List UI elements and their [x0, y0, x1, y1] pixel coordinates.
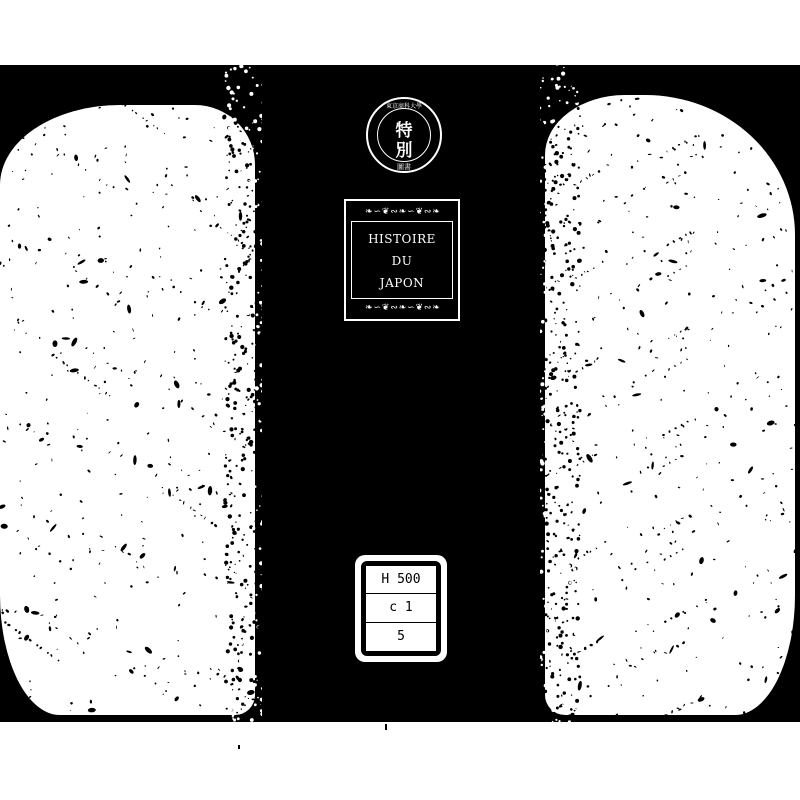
back-cover — [535, 65, 800, 722]
call-label-grid: H 500 c 1 5 — [366, 566, 436, 651]
scan-speck — [238, 745, 240, 749]
call-number-row-1: H 500 — [366, 566, 436, 594]
scan-speck — [385, 724, 387, 730]
front-cover — [0, 65, 270, 722]
library-seal-stamp: 東京商科大學 特 別 圖書 — [366, 97, 442, 173]
call-number-label: H 500 c 1 5 — [355, 555, 447, 662]
cover-paper-left — [0, 105, 255, 715]
title-box: HISTOIRE DU JAPON — [351, 221, 453, 299]
seal-lower-text: 圖書 — [368, 162, 440, 172]
cover-paper-right — [545, 95, 795, 715]
ornament-border-top: ❧ ∽ ❦ ∾ ❧ ∽ ❦ ∾ ❧ — [350, 205, 454, 219]
ornament-border-bottom: ❧ ∽ ❦ ∾ ❧ ∽ ❦ ∾ ❧ — [350, 301, 454, 315]
seal-char-bottom: 別 — [368, 136, 440, 161]
title-line-2: DU — [352, 254, 452, 268]
title-line-3: JAPON — [352, 276, 452, 290]
call-number-row-3: 5 — [366, 623, 436, 651]
spine-title-label: ❧ ∽ ❦ ∾ ❧ ∽ ❦ ∾ ❧ HISTOIRE DU JAPON ❧ ∽ … — [344, 199, 460, 321]
call-label-frame: H 500 c 1 5 — [361, 561, 441, 656]
call-number-row-2: c 1 — [366, 594, 436, 622]
title-line-1: HISTOIRE — [352, 232, 452, 246]
